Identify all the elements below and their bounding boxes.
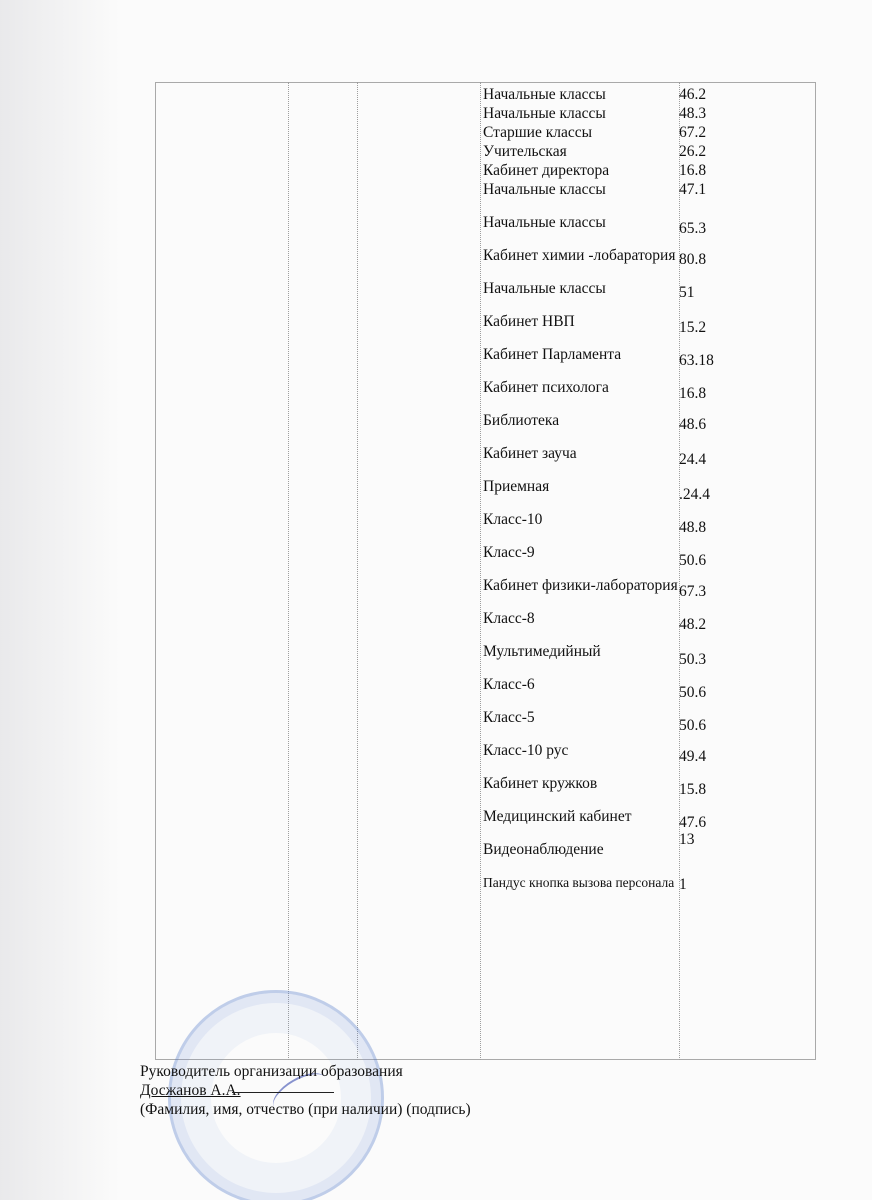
room-area: 47.1 bbox=[679, 181, 706, 199]
room-area: 1 bbox=[679, 876, 687, 894]
room-name: Класс-10 рус bbox=[483, 742, 568, 760]
room-name: Кабинет психолога bbox=[483, 379, 609, 397]
room-name: Кабинет кружков bbox=[483, 775, 597, 793]
room-name: Класс-5 bbox=[483, 709, 535, 727]
room-area: 48.6 bbox=[679, 416, 706, 434]
room-area: 48.3 bbox=[679, 105, 706, 123]
footer-caption: (Фамилия, имя, отчество (при наличии) (п… bbox=[140, 1101, 471, 1119]
room-name: Старшие классы bbox=[483, 124, 592, 142]
room-area: 50.6 bbox=[679, 684, 706, 702]
room-name: Начальные классы bbox=[483, 86, 606, 104]
room-name: Медицинский кабинет bbox=[483, 808, 632, 826]
room-area: .24.4 bbox=[679, 486, 710, 504]
room-name: Учительская bbox=[483, 143, 567, 161]
room-area: 26.2 bbox=[679, 143, 706, 161]
room-name: Кабинет Парламента bbox=[483, 346, 621, 364]
room-name: Видеонаблюдение bbox=[483, 841, 604, 859]
room-area: 48.2 bbox=[679, 616, 706, 634]
room-area: 80.8 bbox=[679, 251, 706, 269]
room-area: 47.6 bbox=[679, 814, 706, 832]
scan-shadow bbox=[0, 0, 120, 1200]
room-name: Класс-9 bbox=[483, 544, 535, 562]
room-name: Класс-6 bbox=[483, 676, 535, 694]
room-area: 13 bbox=[679, 831, 695, 849]
room-name: Начальные классы bbox=[483, 280, 606, 298]
room-area: 48.8 bbox=[679, 519, 706, 537]
room-name: Класс-10 bbox=[483, 511, 542, 529]
room-name: Кабинет директора bbox=[483, 162, 609, 180]
room-area: 24.4 bbox=[679, 451, 706, 469]
room-name: Пандус кнопка вызова персонала bbox=[483, 874, 674, 892]
table-column-divider bbox=[288, 82, 289, 1060]
room-name: Начальные классы bbox=[483, 181, 606, 199]
room-area: 50.6 bbox=[679, 717, 706, 735]
room-area: 46.2 bbox=[679, 86, 706, 104]
room-area: 15.2 bbox=[679, 319, 706, 337]
room-name: Класс-8 bbox=[483, 610, 535, 628]
room-name: Приемная bbox=[483, 478, 549, 496]
footer-name: Досжанов А.А. bbox=[140, 1082, 241, 1100]
room-name: Кабинет НВП bbox=[483, 313, 575, 331]
room-area: 16.8 bbox=[679, 162, 706, 180]
room-name: Начальные классы bbox=[483, 105, 606, 123]
room-area: 49.4 bbox=[679, 748, 706, 766]
room-name: Кабинет зауча bbox=[483, 445, 577, 463]
room-area: 67.3 bbox=[679, 583, 706, 601]
table-column-divider bbox=[480, 82, 481, 1060]
room-area: 51 bbox=[679, 284, 695, 302]
table-column-divider bbox=[357, 82, 358, 1060]
room-area: 50.3 bbox=[679, 651, 706, 669]
room-area: 50.6 bbox=[679, 552, 706, 570]
room-name: Начальные классы bbox=[483, 214, 606, 232]
footer-position: Руководитель организации образования bbox=[140, 1063, 403, 1081]
room-area: 67.2 bbox=[679, 124, 706, 142]
signature-line bbox=[232, 1092, 334, 1093]
room-name: Мультимедийный bbox=[483, 643, 601, 661]
room-name: Кабинет физики-лаборатория bbox=[483, 577, 678, 595]
room-area: 15.8 bbox=[679, 781, 706, 799]
room-name: Кабинет химии -лобаратория bbox=[483, 247, 675, 265]
room-area: 63.18 bbox=[679, 352, 714, 370]
room-area: 16.8 bbox=[679, 385, 706, 403]
room-area: 65.3 bbox=[679, 220, 706, 238]
room-name: Библиотека bbox=[483, 412, 559, 430]
